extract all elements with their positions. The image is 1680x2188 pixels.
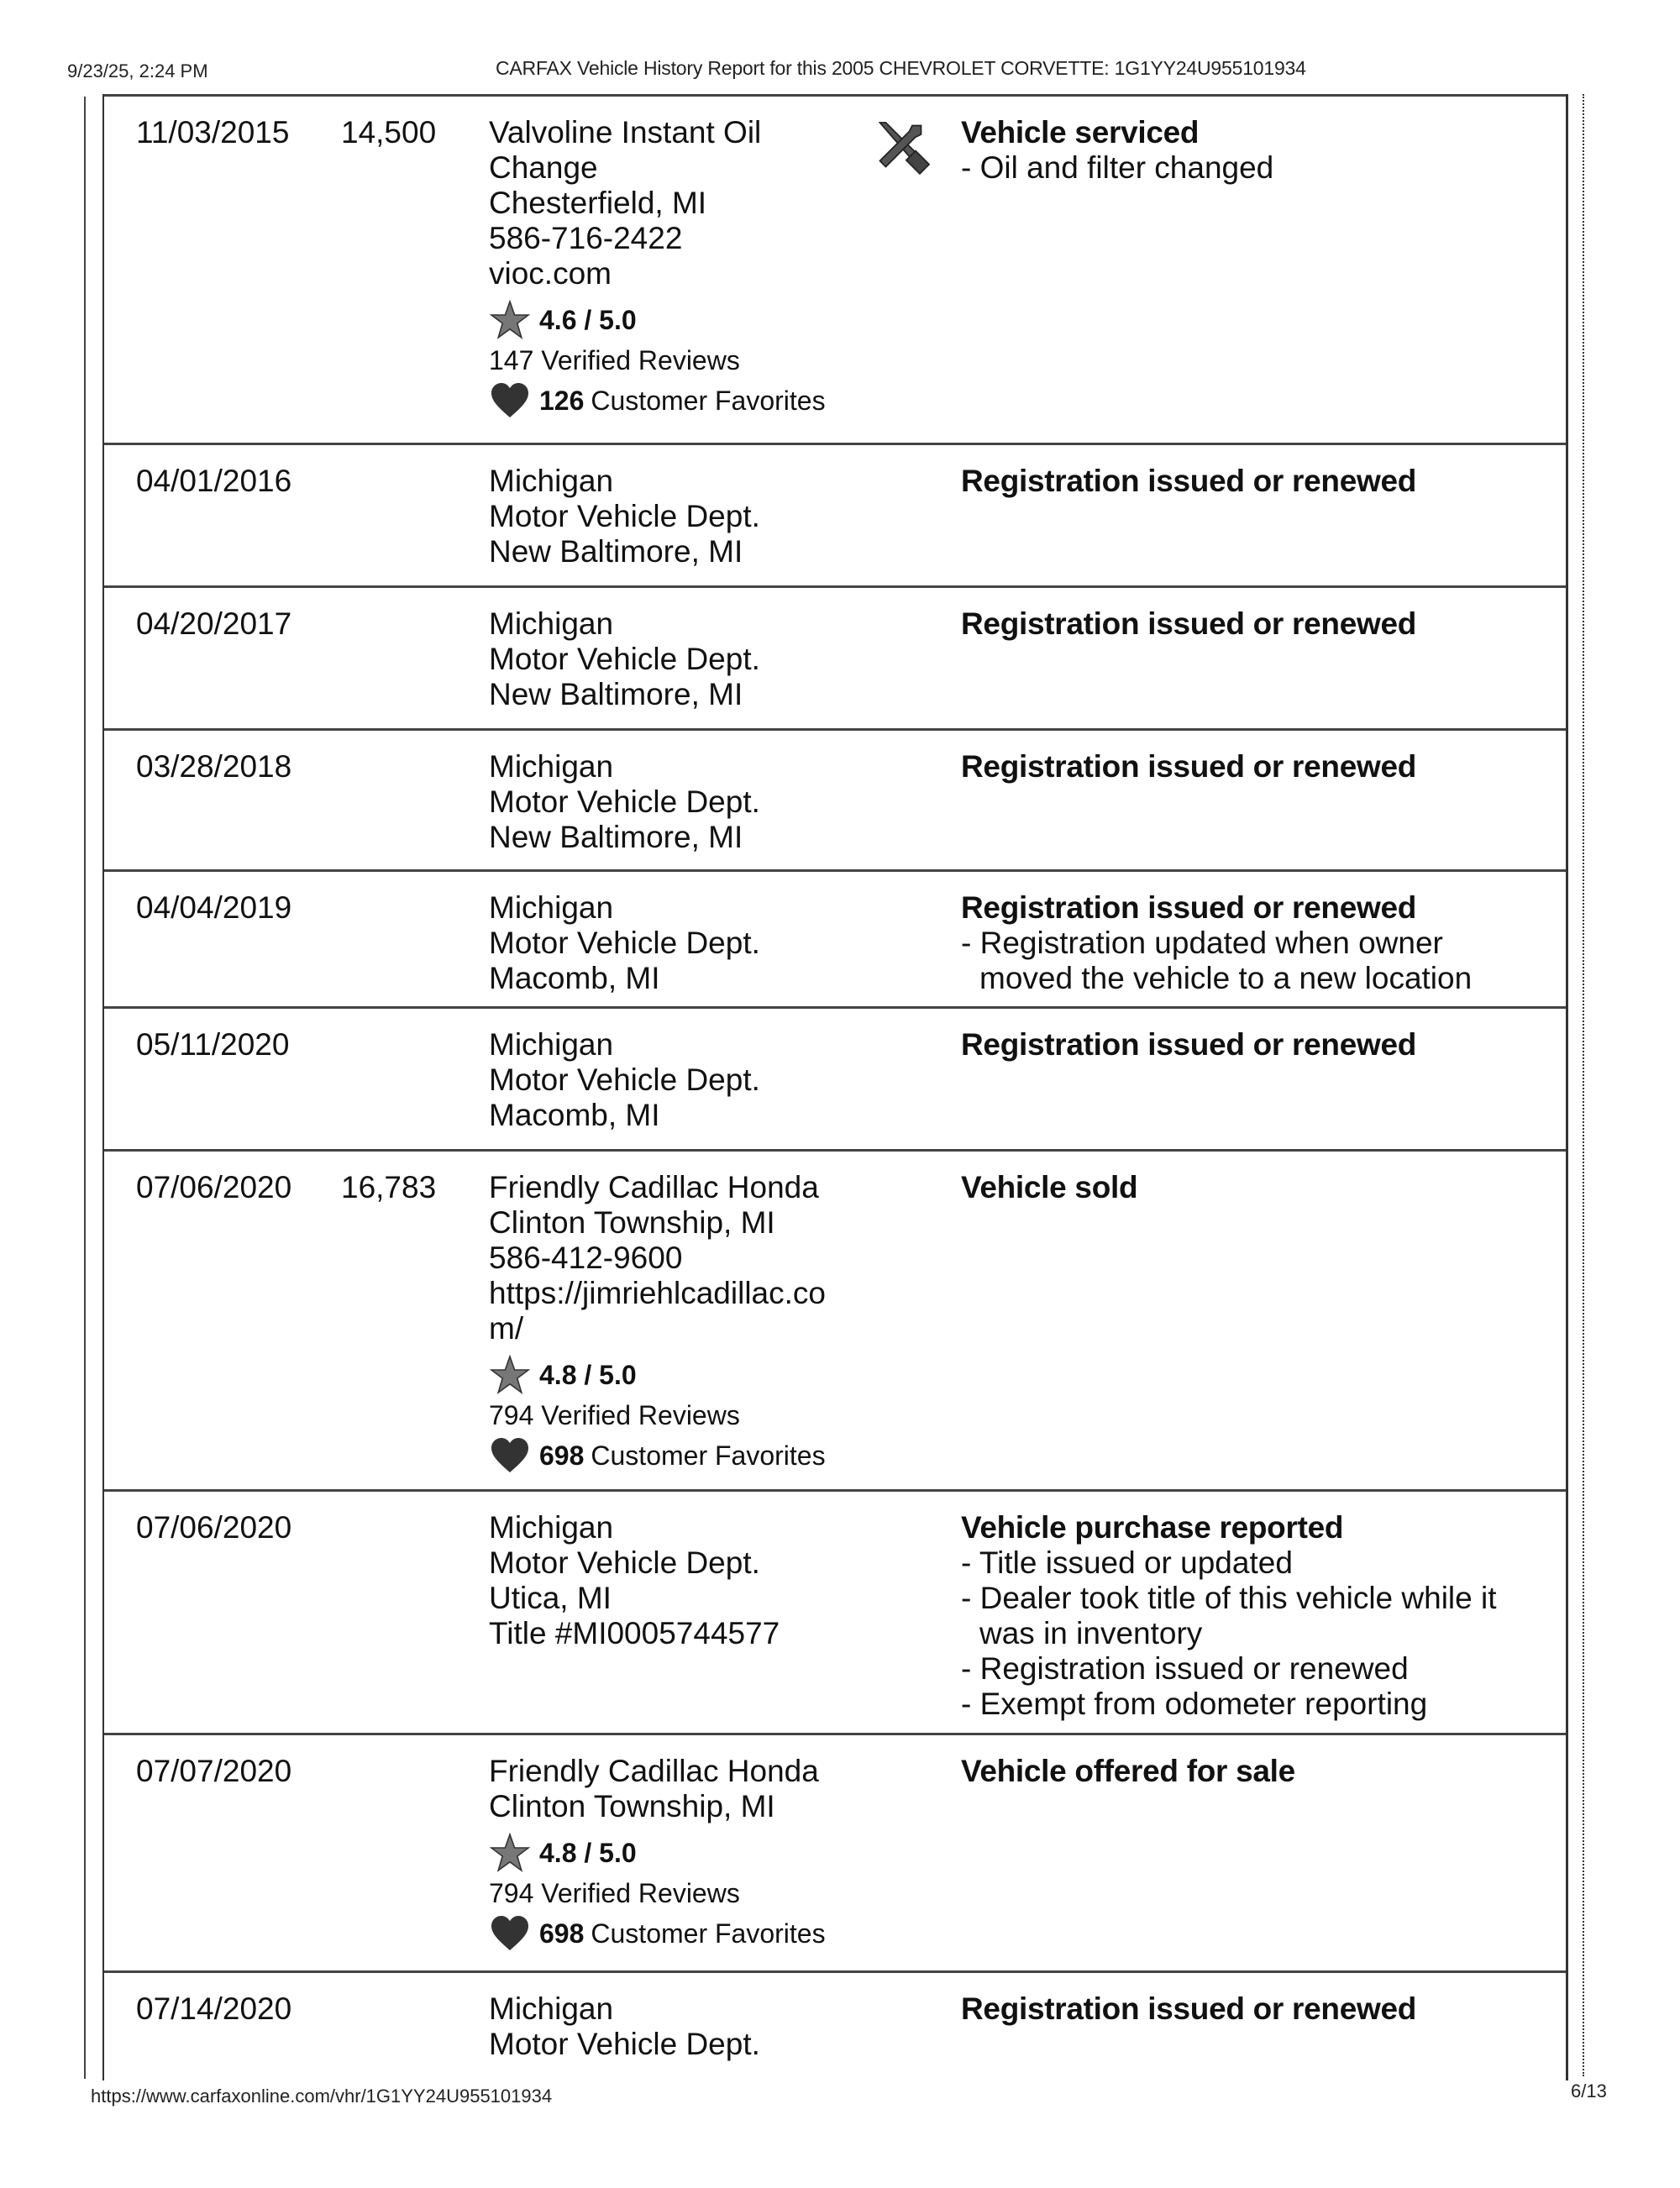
event-detail: - Oil and filter changed <box>961 150 1549 186</box>
history-row: 03/28/2018 Michigan Motor Vehicle Dept. … <box>104 728 1566 869</box>
event-title: Registration issued or renewed <box>961 749 1549 784</box>
page-frame-right <box>1583 94 1584 2076</box>
source-location: Chesterfield, MI <box>489 186 826 221</box>
event-detail: - Registration issued or renewed <box>961 1651 1549 1687</box>
record-source: Michigan Motor Vehicle Dept. New Baltimo… <box>489 464 760 569</box>
source-website[interactable]: https://jimriehlcadillac.co <box>489 1276 826 1311</box>
record-event: Registration issued or renewed - Registr… <box>961 890 1549 996</box>
source-location: Clinton Township, MI <box>489 1205 826 1241</box>
record-event: Registration issued or renewed <box>961 1027 1549 1063</box>
heart-icon <box>489 380 531 421</box>
source-website[interactable]: vioc.com <box>489 256 826 291</box>
record-odometer: 16,783 <box>341 1170 436 1205</box>
star-icon <box>489 1833 531 1873</box>
event-title: Registration issued or renewed <box>961 1027 1549 1063</box>
history-row: 07/06/2020 16,783 Friendly Cadillac Hond… <box>104 1149 1566 1489</box>
record-date: 04/20/2017 <box>136 606 291 642</box>
event-title: Vehicle offered for sale <box>961 1754 1549 1789</box>
page-frame-left <box>84 97 86 2079</box>
star-icon <box>489 1355 531 1395</box>
star-icon <box>489 300 531 340</box>
record-source: Michigan Motor Vehicle Dept. Macomb, MI <box>489 890 760 996</box>
record-source: Friendly Cadillac Honda Clinton Township… <box>489 1170 826 1476</box>
history-row: 05/11/2020 Michigan Motor Vehicle Dept. … <box>104 1006 1566 1149</box>
event-title: Vehicle sold <box>961 1170 1549 1205</box>
record-event: Vehicle sold <box>961 1170 1549 1205</box>
heart-icon <box>489 1435 531 1476</box>
record-event: Vehicle serviced - Oil and filter change… <box>961 115 1549 186</box>
source-favorites: 698 Customer Favorites <box>489 1913 826 1954</box>
source-location: Clinton Township, MI <box>489 1789 826 1824</box>
source-name: Friendly Cadillac Honda <box>489 1754 826 1789</box>
source-favorites: 126 Customer Favorites <box>489 380 826 421</box>
history-row: 07/06/2020 Michigan Motor Vehicle Dept. … <box>104 1489 1566 1733</box>
heart-icon <box>489 1913 531 1954</box>
source-rating: 4.8 / 5.0 <box>489 1355 826 1395</box>
record-date: 07/07/2020 <box>136 1754 291 1789</box>
history-row: 07/07/2020 Friendly Cadillac Honda Clint… <box>104 1733 1566 1970</box>
source-name: Friendly Cadillac Honda <box>489 1170 826 1205</box>
source-reviews: 794 Verified Reviews <box>489 1873 826 1913</box>
source-name: Valvoline Instant Oil <box>489 115 826 150</box>
source-website-cont[interactable]: m/ <box>489 1311 826 1346</box>
title-number: Title #MI0005744577 <box>489 1616 780 1651</box>
history-row: 04/01/2016 Michigan Motor Vehicle Dept. … <box>104 443 1566 585</box>
record-date: 03/28/2018 <box>136 749 291 784</box>
event-title: Vehicle serviced <box>961 115 1549 150</box>
event-detail: - Title issued or updated <box>961 1545 1549 1581</box>
source-rating: 4.6 / 5.0 <box>489 300 826 340</box>
event-detail: - Registration updated when owner moved … <box>961 926 1517 996</box>
record-source: Michigan Motor Vehicle Dept. Utica, MI T… <box>489 1510 780 1651</box>
record-date: 04/04/2019 <box>136 890 291 926</box>
record-date: 07/14/2020 <box>136 1991 291 2027</box>
record-event: Vehicle offered for sale <box>961 1754 1549 1789</box>
source-reviews: 147 Verified Reviews <box>489 340 826 380</box>
footer-url: https://www.carfaxonline.com/vhr/1G1YY24… <box>91 2086 552 2107</box>
record-event: Registration issued or renewed <box>961 606 1549 642</box>
record-source: Michigan Motor Vehicle Dept. Macomb, MI <box>489 1027 760 1133</box>
record-date: 07/06/2020 <box>136 1170 291 1205</box>
event-title: Registration issued or renewed <box>961 464 1549 499</box>
record-source: Michigan Motor Vehicle Dept. New Baltimo… <box>489 749 760 855</box>
source-phone[interactable]: 586-412-9600 <box>489 1241 826 1276</box>
record-source: Michigan Motor Vehicle Dept. <box>489 1991 760 2062</box>
print-datetime: 9/23/25, 2:24 PM <box>67 60 208 82</box>
history-row: 04/04/2019 Michigan Motor Vehicle Dept. … <box>104 869 1566 1006</box>
record-event: Registration issued or renewed <box>961 464 1549 499</box>
record-date: 05/11/2020 <box>136 1027 289 1063</box>
record-event: Registration issued or renewed <box>961 749 1549 784</box>
record-event: Registration issued or renewed <box>961 1991 1549 2027</box>
event-title: Vehicle purchase reported <box>961 1510 1549 1545</box>
event-title: Registration issued or renewed <box>961 606 1549 642</box>
record-source: Valvoline Instant Oil Change Chesterfiel… <box>489 115 826 421</box>
source-reviews: 794 Verified Reviews <box>489 1395 826 1435</box>
wrench-screwdriver-icon <box>871 117 930 176</box>
report-title: CARFAX Vehicle History Report for this 2… <box>496 57 1306 80</box>
event-detail: - Dealer took title of this vehicle whil… <box>961 1581 1551 1651</box>
event-detail: - Exempt from odometer reporting <box>961 1687 1549 1722</box>
source-phone[interactable]: 586-716-2422 <box>489 221 826 256</box>
record-odometer: 14,500 <box>341 115 436 150</box>
record-source: Friendly Cadillac Honda Clinton Township… <box>489 1754 826 1954</box>
page-number: 6/13 <box>1571 2080 1607 2102</box>
history-row: 07/14/2020 Michigan Motor Vehicle Dept. … <box>104 1970 1566 2080</box>
history-table: 11/03/2015 14,500 Valvoline Instant Oil … <box>102 94 1568 2080</box>
source-favorites: 698 Customer Favorites <box>489 1435 826 1476</box>
event-title: Registration issued or renewed <box>961 890 1549 926</box>
history-row: 04/20/2017 Michigan Motor Vehicle Dept. … <box>104 585 1566 728</box>
record-date: 07/06/2020 <box>136 1510 291 1545</box>
record-date: 11/03/2015 <box>136 115 289 150</box>
source-name-cont: Change <box>489 150 826 186</box>
event-title: Registration issued or renewed <box>961 1991 1549 2027</box>
record-event: Vehicle purchase reported - Title issued… <box>961 1510 1549 1722</box>
history-row: 11/03/2015 14,500 Valvoline Instant Oil … <box>104 94 1566 443</box>
record-source: Michigan Motor Vehicle Dept. New Baltimo… <box>489 606 760 712</box>
source-rating: 4.8 / 5.0 <box>489 1833 826 1873</box>
record-date: 04/01/2016 <box>136 464 291 499</box>
